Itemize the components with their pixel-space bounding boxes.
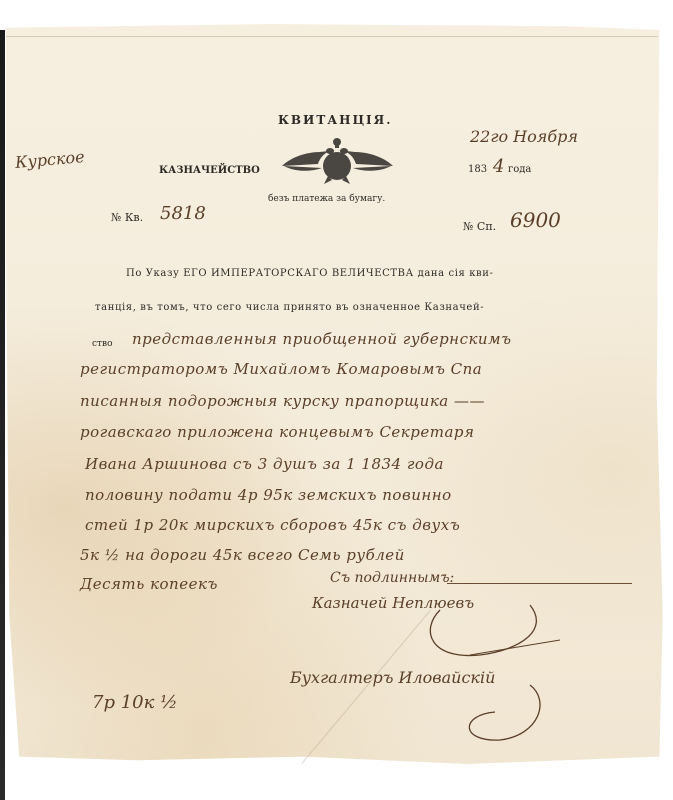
handwritten-line-1: представленныя приобщенной губернскимъ <box>132 330 512 348</box>
treasury-label: КАЗНАЧЕЙСТВО <box>159 165 260 176</box>
handwritten-line-8: 5к ½ на дороги 45к всего Семь рублей <box>80 546 405 564</box>
sp-label: № Сп. <box>463 220 496 233</box>
handwritten-line-7: стей 1р 20к мирскихъ сборовъ 45к съ двух… <box>85 516 460 534</box>
total-amount: 7р 10к ½ <box>92 692 178 713</box>
copy-underline <box>447 583 632 584</box>
year-hand-digit: 4 <box>493 156 504 177</box>
handwritten-line-4: рогавскаго приложена концевымъ Секретаря <box>80 423 474 441</box>
scan-edge <box>0 30 5 800</box>
document-title: КВИТАНЦІЯ. <box>278 113 392 127</box>
handwritten-line-2: регистраторомъ Михайломъ Комаровымъ Спа <box>80 360 482 378</box>
sp-number: 6900 <box>510 208 561 232</box>
date-handwritten: 22го Ноября <box>470 127 578 146</box>
kv-number: 5818 <box>160 203 206 224</box>
printed-line-3: ство <box>92 339 113 349</box>
double-headed-eagle-icon <box>280 136 395 186</box>
no-fee-note: безъ платежа за бумагу. <box>268 194 385 204</box>
handwritten-line-9: Десять копеекъ <box>80 575 218 593</box>
handwritten-line-6: половину подати 4р 95к земскихъ повинно <box>85 486 452 504</box>
printed-line-1: По Указу ЕГО ИМПЕРАТОРСКАГО ВЕЛИЧЕСТВА д… <box>126 268 494 279</box>
fold-line <box>6 36 658 37</box>
handwritten-line-5: Ивана Аршинова съ 3 душъ за 1 1834 года <box>85 455 444 473</box>
signature-flourish-icon <box>440 680 560 750</box>
year-suffix: года <box>508 164 531 175</box>
handwritten-line-3: писанныя подорожныя курску прапорщика —— <box>80 392 485 410</box>
kv-label: № Кв. <box>111 211 143 224</box>
printed-line-2: танція, въ томъ, что сего числа принято … <box>95 302 484 313</box>
copy-note: Съ подлиннымъ: <box>330 570 454 586</box>
year-prefix: 183 <box>468 164 487 175</box>
